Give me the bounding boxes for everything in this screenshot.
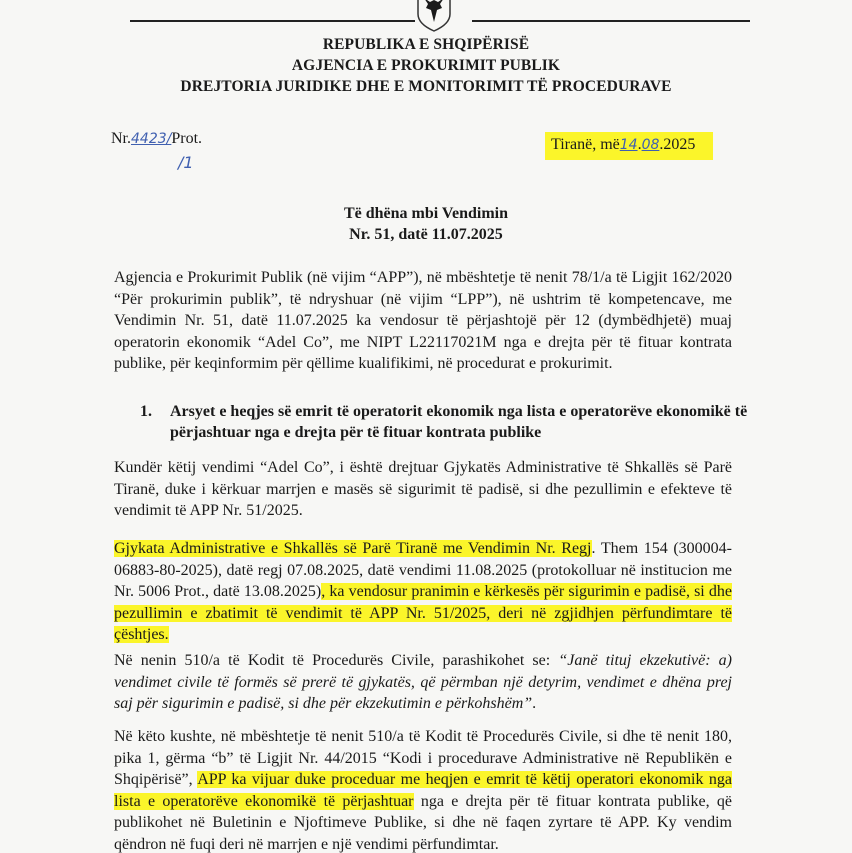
date-day-handwritten: 14 [620, 137, 638, 153]
date-month-handwritten: 08 [642, 137, 660, 153]
civil-code-paragraph: Në nenin 510/a të Kodit të Procedurës Ci… [114, 650, 732, 715]
conclusion-paragraph: Në këto kushte, në mbështetje të nenit 5… [114, 726, 732, 853]
date-line: Tiranë, më14.08.2025 [545, 132, 713, 160]
albanian-eagle-emblem-icon [414, 0, 454, 32]
protocol-handwritten-number: 4423/ [131, 131, 171, 147]
header-directorate: DREJTORIA JURIDIKE DHE E MONITORIMIT TË … [0, 78, 852, 96]
civil-code-end: . [532, 695, 536, 712]
date-prefix: Tiranë, më [551, 136, 620, 153]
section-number: 1. [140, 401, 152, 422]
protocol-prefix: Nr. [111, 130, 131, 147]
document-title: Të dhëna mbi Vendimin [0, 205, 852, 223]
section-title: Arsyet e heqjes së emrit të operatorit e… [140, 401, 760, 443]
protocol-number: Nr.4423/Prot. [111, 130, 202, 148]
header-rule-right [472, 20, 750, 22]
document-page: REPUBLIKA E SHQIPËRISË AGJENCIA E PROKUR… [0, 0, 852, 853]
protocol-suffix: Prot. [171, 130, 202, 147]
protocol-handwritten-sub: /1 [178, 153, 194, 172]
section-heading: 1. Arsyet e heqjes së emrit të operatori… [140, 401, 760, 443]
header-country: REPUBLIKA E SHQIPËRISË [0, 36, 852, 54]
header-agency: AGJENCIA E PROKURIMIT PUBLIK [0, 57, 852, 75]
civil-code-text: Në nenin 510/a të Kodit të Procedurës Ci… [114, 652, 558, 669]
court-highlight-1: Gjykata Administrative e Shkallës së Par… [114, 540, 592, 557]
document-subtitle: Nr. 51, datë 11.07.2025 [0, 226, 852, 244]
court-decision-paragraph: Gjykata Administrative e Shkallës së Par… [114, 538, 732, 646]
intro-paragraph: Agjencia e Prokurimit Publik (në vijim “… [114, 267, 732, 375]
appeal-paragraph: Kundër këtij vendimi “Adel Co”, i është … [114, 457, 732, 522]
header-rule-left [130, 20, 415, 22]
date-year: .2025 [659, 136, 695, 153]
